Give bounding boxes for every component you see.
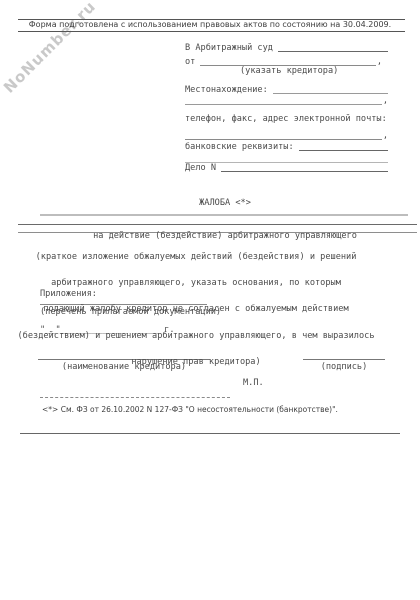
contacts-row: телефон, факс, адрес электронной почты: (185, 115, 388, 124)
explanation-line: подающий жалобу кредитор не согласен с о… (0, 305, 392, 314)
page-bottom-rule (20, 433, 400, 434)
header-note: Форма подготовлена с использованием прав… (0, 20, 420, 29)
location-row: Местонахождение: (185, 86, 388, 95)
case-number-row: Дело N (185, 164, 388, 173)
from-label: от (185, 58, 195, 67)
header-bottom-rule (18, 31, 405, 32)
court-row: В Арбитражный суд (185, 44, 388, 53)
watermark: NoNumber.ru (0, 0, 99, 97)
court-name-blank (278, 51, 388, 52)
footnote-text: <*> См. ФЗ от 26.10.2002 N 127-ФЗ "О нес… (42, 405, 402, 414)
explanation-line: нарушение прав кредитора) (0, 358, 392, 367)
footnote-separator (40, 397, 230, 398)
location-row-2: , (185, 97, 388, 106)
creditor-hint: (указать кредитора) (240, 67, 338, 76)
case-number-blank (221, 171, 388, 172)
bank-row: банковские реквизиты: (185, 143, 388, 152)
explanation-line: (бездействием) и решением арбитражного у… (0, 332, 392, 341)
location-label: Местонахождение: (185, 86, 268, 95)
explanation-note: (краткое изложение обжалуемых действий (… (0, 235, 392, 385)
bank-label: банковские реквизиты: (185, 143, 294, 152)
explanation-line: (краткое изложение обжалуемых действий (… (0, 253, 392, 262)
location-blank-2 (185, 104, 382, 105)
bank-blank (299, 150, 388, 151)
court-label: В Арбитражный суд (185, 44, 273, 53)
contacts-blank (185, 139, 382, 140)
comma: , (383, 132, 388, 141)
title-line-1: ЖАЛОБА <*> (30, 198, 420, 209)
contacts-label: телефон, факс, адрес электронной почты: (185, 115, 387, 124)
contacts-blank-row: , (185, 132, 388, 141)
comma: , (377, 58, 382, 67)
explanation-line: арбитражного управляющего, указать основ… (0, 279, 392, 288)
comma: , (383, 97, 388, 106)
case-label: Дело N (185, 164, 216, 173)
location-blank (273, 93, 388, 94)
document-page: NoNumber.ru Форма подготовлена с использ… (0, 0, 420, 600)
